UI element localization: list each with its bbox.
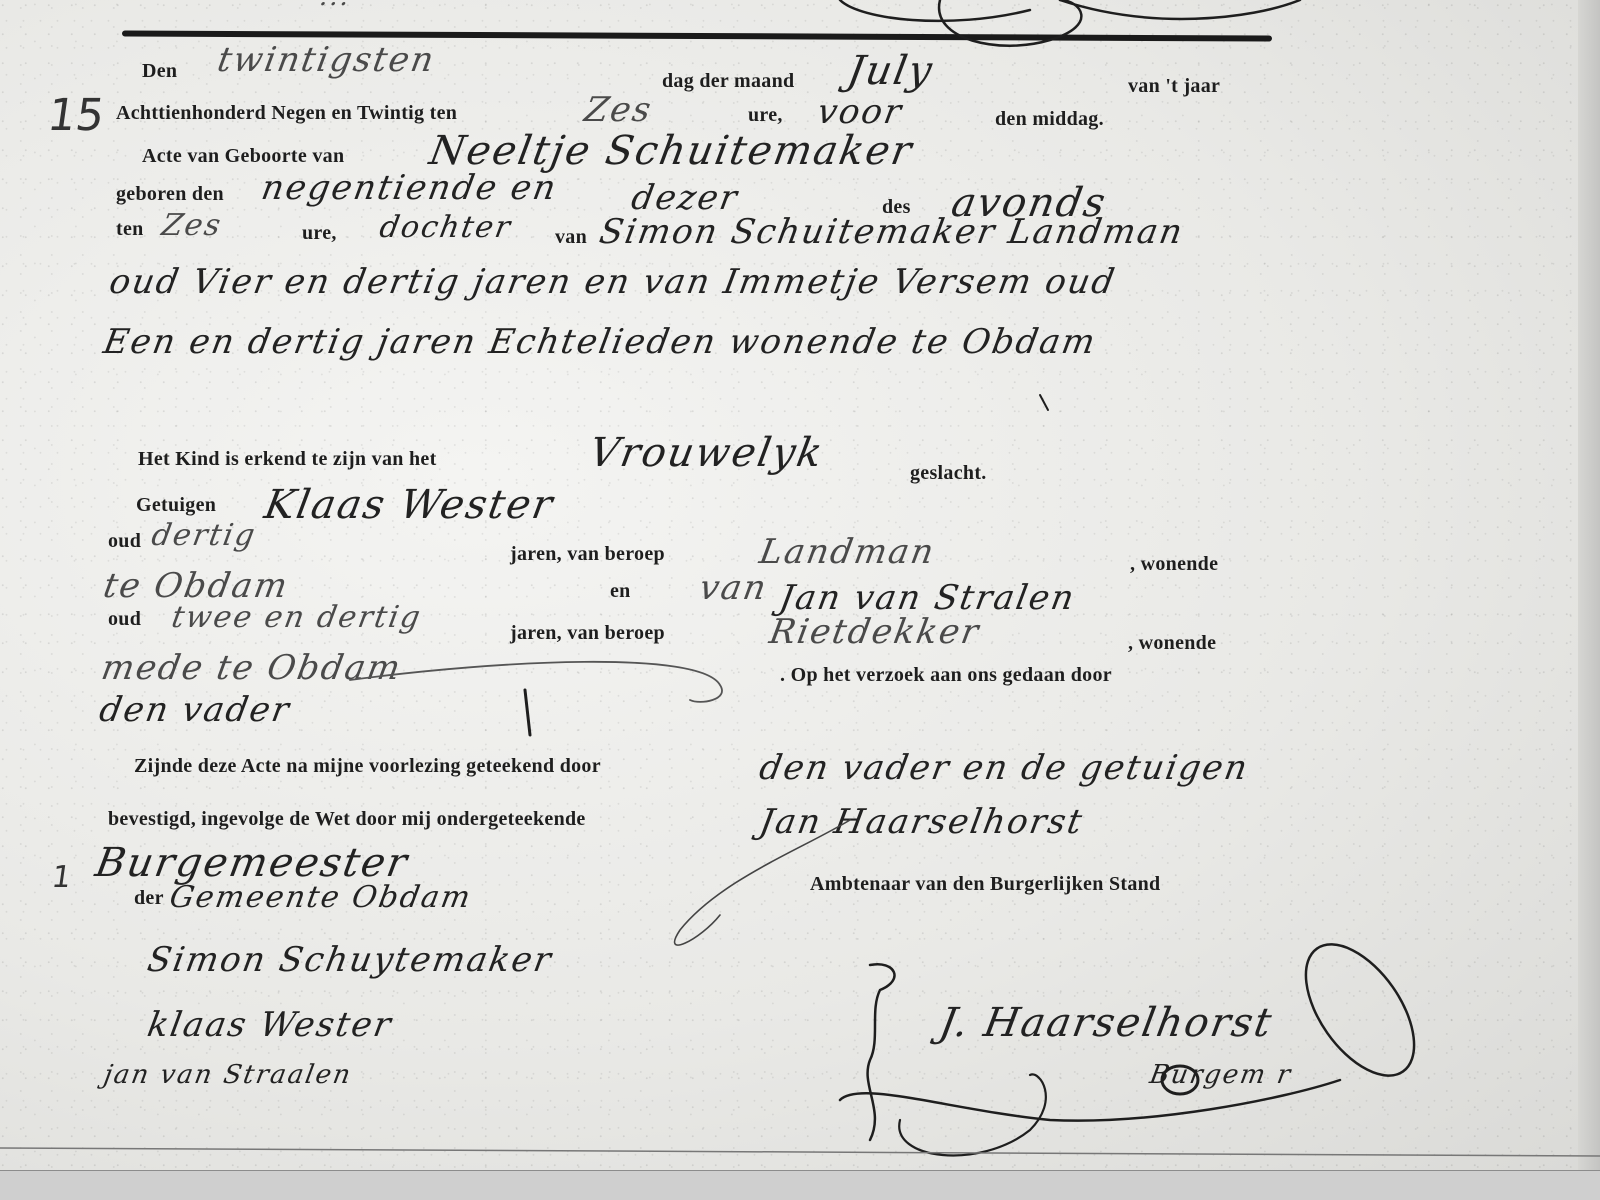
page-edge bbox=[1578, 0, 1600, 1200]
printed-geboren-den: geboren den bbox=[116, 183, 224, 206]
hw-witness2-age: twee en dertig bbox=[169, 600, 425, 635]
printed-ure-2: ure, bbox=[302, 222, 337, 245]
hw-month: July bbox=[844, 48, 937, 94]
hw-witness2-van: van bbox=[696, 568, 770, 608]
hw-mother-age-residence: Een en dertig jaren Echtelieden wonende … bbox=[100, 322, 1099, 362]
hw-witness1-name: Klaas Wester bbox=[261, 482, 558, 528]
hw-witness1-job: Landman bbox=[756, 532, 938, 572]
printed-year: Achttienhonderd Negen en Twintig ten bbox=[116, 102, 457, 125]
printed-bevestigd: bevestigd, ingevolge de Wet door mij ond… bbox=[108, 808, 586, 831]
printed-jaren-beroep-2: jaren, van beroep bbox=[510, 622, 665, 645]
hw-day: twintigsten bbox=[214, 40, 438, 80]
hw-witness2-job: Rietdekker bbox=[766, 612, 983, 652]
printed-en: en bbox=[610, 580, 631, 603]
signature-witness2: jan van Straalen bbox=[101, 1060, 354, 1090]
printed-oud-1: oud bbox=[108, 530, 141, 553]
printed-acte-van-geboorte: Acte van Geboorte van bbox=[142, 145, 344, 168]
printed-ure: ure, bbox=[748, 104, 783, 127]
hw-municipality: Gemeente Obdam bbox=[167, 880, 475, 915]
hw-father: Simon Schuitemaker Landman bbox=[596, 212, 1187, 252]
hw-voor-na: voor bbox=[814, 92, 905, 132]
document-page: ... Den twintigsten dag der maand July v… bbox=[0, 0, 1600, 1200]
hw-born-hour: Zes bbox=[159, 208, 225, 243]
hw-born-day: negentiende en bbox=[258, 168, 560, 208]
printed-ten: ten bbox=[116, 218, 144, 241]
hw-witness1-age: dertig bbox=[149, 518, 259, 553]
hw-hour: Zes bbox=[581, 90, 655, 130]
signature-official-title: Burgem r bbox=[1147, 1060, 1294, 1090]
printed-der: der bbox=[134, 887, 164, 910]
printed-oud-2: oud bbox=[108, 608, 141, 631]
margin-record-number: 15 bbox=[44, 90, 107, 141]
printed-den-middag: den middag. bbox=[995, 108, 1104, 131]
printed-den: Den bbox=[142, 60, 177, 83]
margin-mark: 1 bbox=[50, 860, 74, 895]
printed-geslacht: geslacht. bbox=[910, 462, 987, 485]
printed-kind-erkend: Het Kind is erkend te zijn van het bbox=[138, 448, 437, 471]
signature-father: Simon Schuytemaker bbox=[144, 940, 555, 980]
printed-wonende-2: , wonende bbox=[1128, 632, 1216, 655]
printed-op-het-verzoek: . Op het verzoek aan ons gedaan door bbox=[780, 664, 1112, 687]
printed-jaren-beroep-1: jaren, van beroep bbox=[510, 543, 665, 566]
printed-wonende-1: , wonende bbox=[1130, 553, 1218, 576]
hw-relation: dochter bbox=[377, 210, 515, 245]
page-bottom-edge bbox=[0, 1170, 1600, 1200]
cut-off-handwriting: ... bbox=[317, 0, 353, 12]
printed-van-t-jaar: van 't jaar bbox=[1128, 75, 1220, 98]
hw-official: Jan Haarselhorst bbox=[756, 802, 1086, 842]
hw-sex: Vrouwelyk bbox=[586, 430, 828, 476]
hw-requester: den vader bbox=[96, 690, 293, 730]
hw-witness2-place: mede te Obdam bbox=[98, 648, 405, 688]
signature-official: J. Haarselhorst bbox=[936, 1000, 1277, 1046]
printed-ambtenaar: Ambtenaar van den Burgerlijken Stand bbox=[810, 873, 1160, 896]
hw-father-age-mother: oud Vier en dertig jaren en van Immetje … bbox=[106, 262, 1119, 302]
printed-zijnde: Zijnde deze Acte na mijne voorlezing get… bbox=[134, 755, 601, 778]
signature-witness1: klaas Wester bbox=[144, 1005, 395, 1045]
printed-van: van bbox=[555, 226, 587, 249]
printed-getuigen: Getuigen bbox=[136, 494, 216, 517]
hw-signed-by: den vader en de getuigen bbox=[756, 748, 1252, 788]
printed-dag-der-maand: dag der maand bbox=[662, 70, 794, 93]
